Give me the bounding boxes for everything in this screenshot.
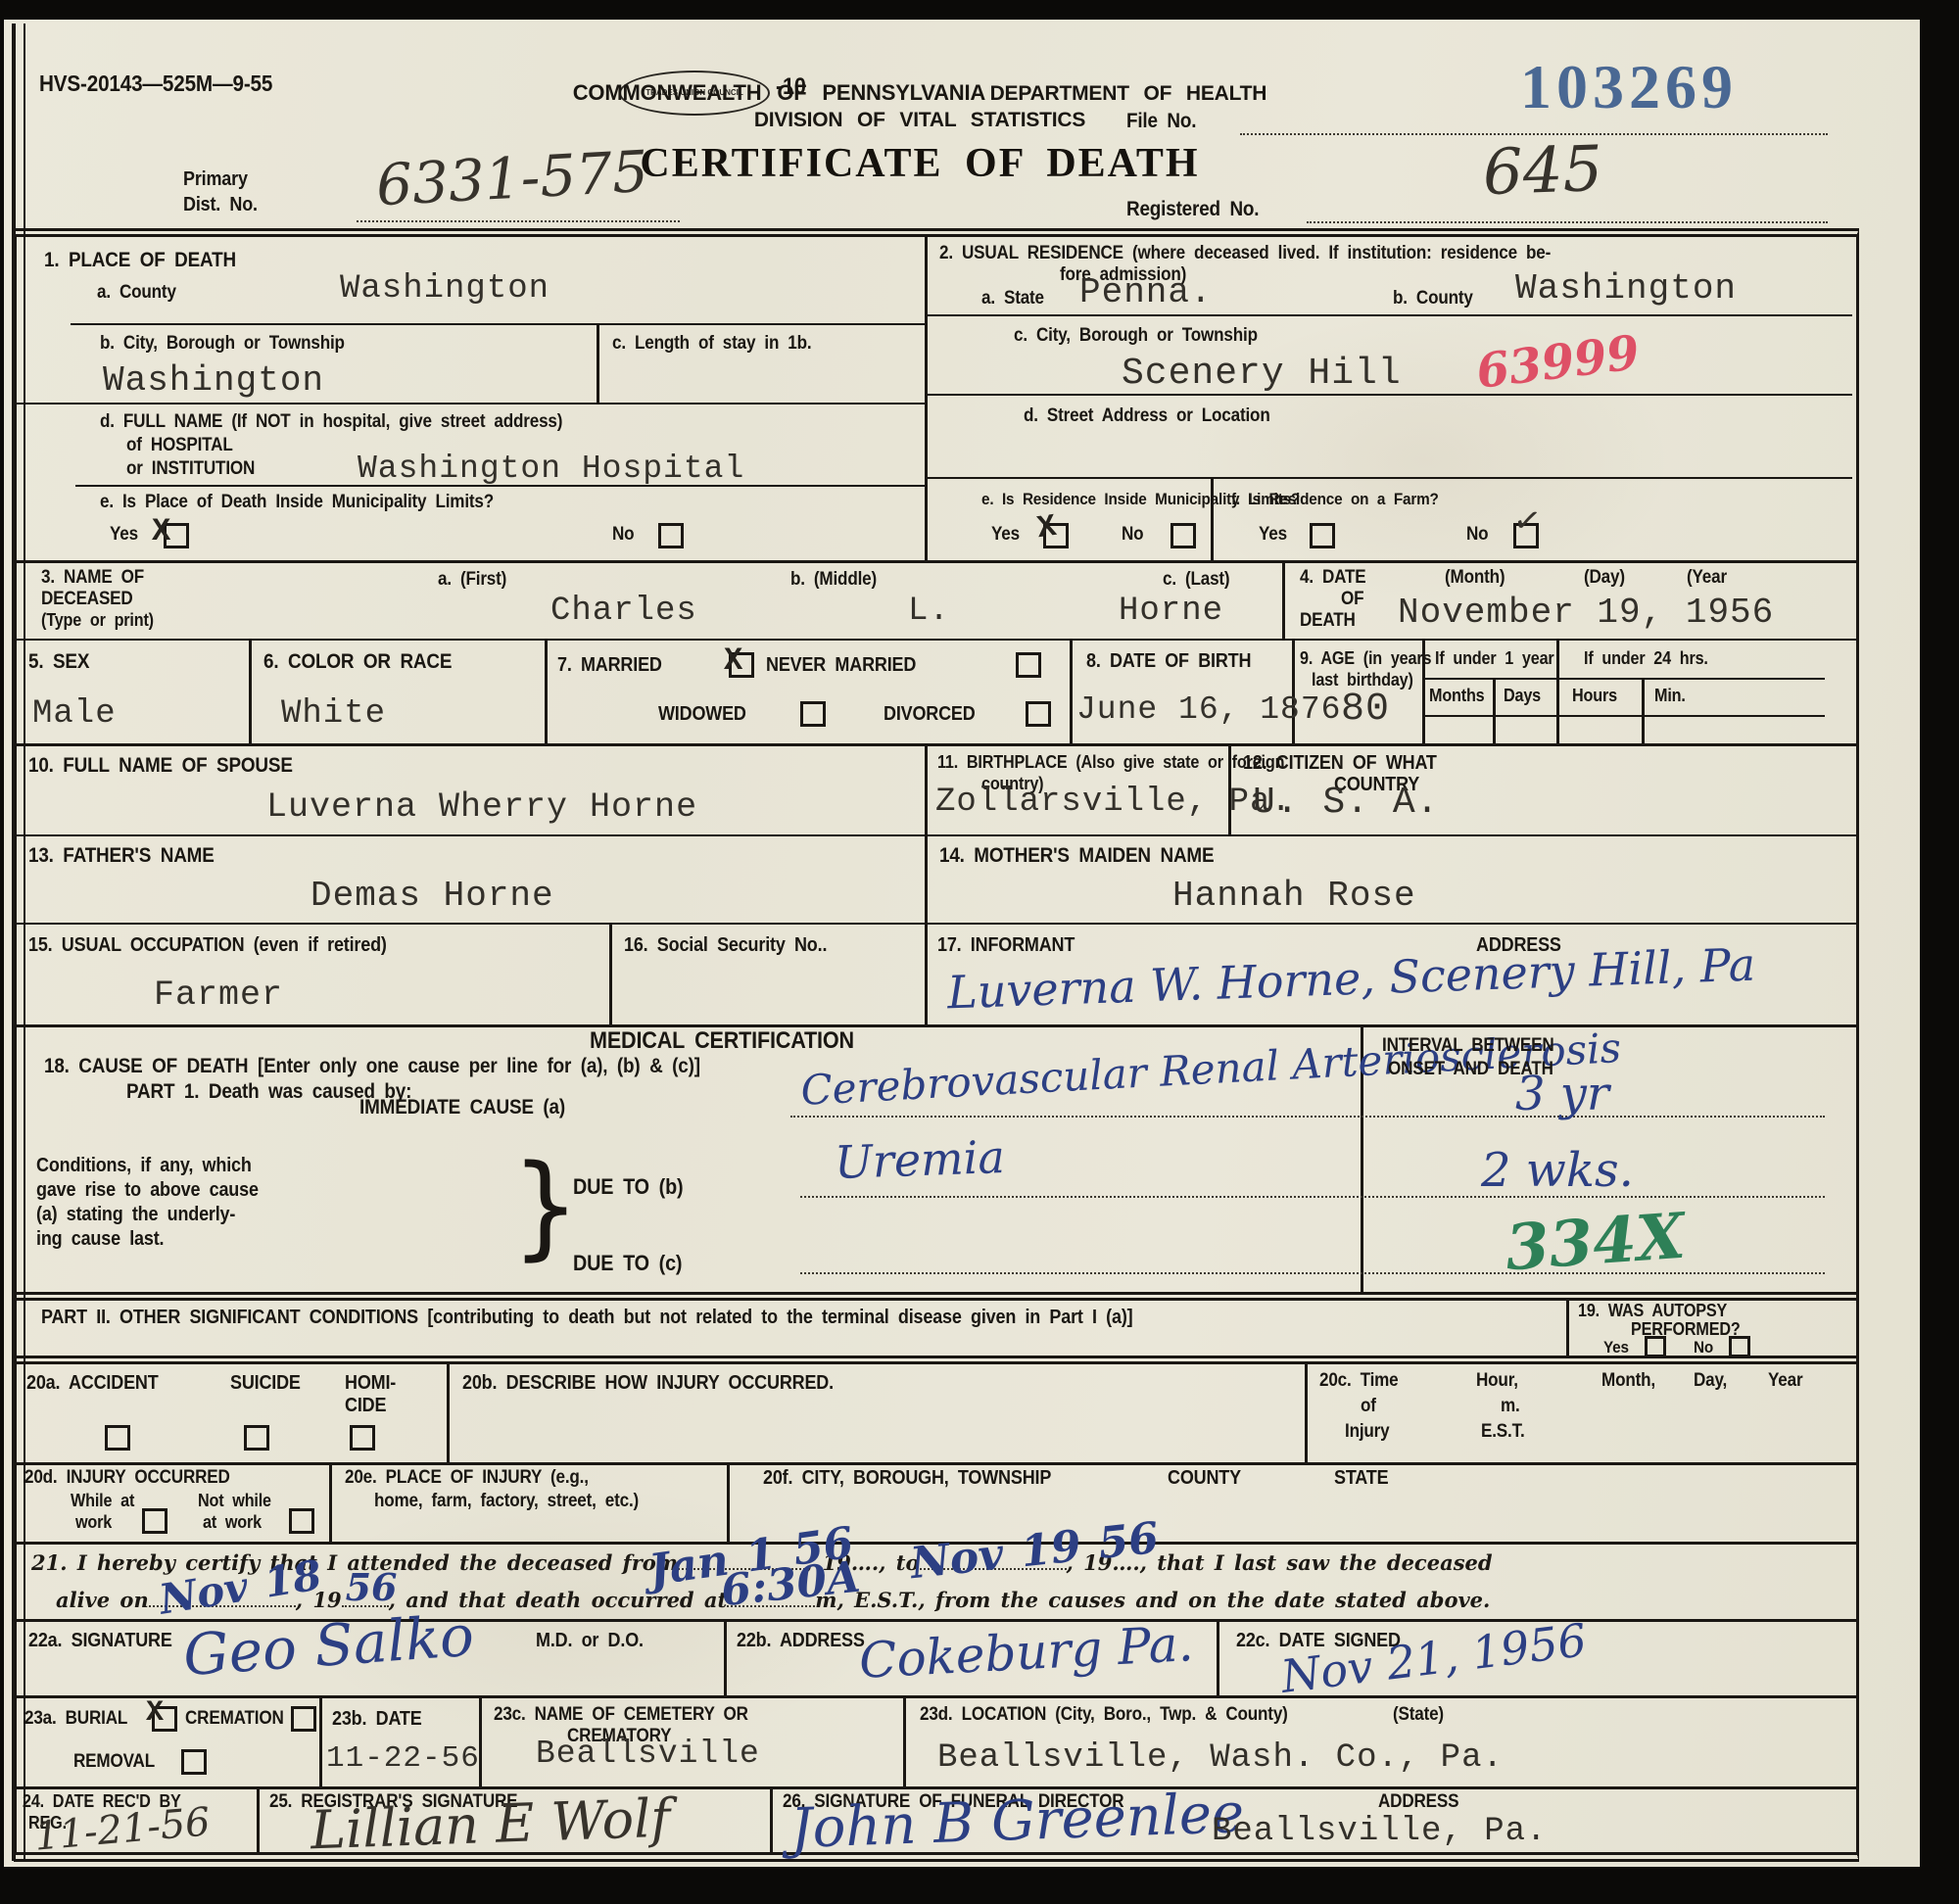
registered-no-line (1307, 221, 1828, 223)
s7-widowed-label: WIDOWED (658, 703, 746, 726)
header-line1: COMMONWEALTH OF PENNSYLVANIA (573, 80, 985, 106)
s2d-label: d. Street Address or Location (1024, 405, 1270, 427)
s1d-label-2: of HOSPITAL (126, 435, 233, 456)
physician-address: Cokeburg Pa. (858, 1615, 1195, 1690)
scanned-death-certificate: HVS-20143—525M—9-55 TRADES UNION COUNCIL… (0, 0, 1959, 1904)
cert-time-blank: 6:30A (727, 1588, 815, 1607)
row-place-and-residence: 1. PLACE OF DEATH a. County Washington b… (17, 237, 1856, 563)
line (925, 477, 1852, 479)
s23d-label-1: 23d. LOCATION (City, Boro., Twp. & Count… (920, 1704, 1288, 1726)
s20a-accident-checkbox (105, 1425, 130, 1451)
divider (1070, 641, 1073, 743)
s12-label-1: 12. CITIZEN OF WHAT (1243, 752, 1437, 775)
certificate-paper: HVS-20143—525M—9-55 TRADES UNION COUNCIL… (4, 20, 1920, 1867)
primary-dist-line (357, 220, 680, 222)
divider (1566, 1301, 1569, 1356)
s1e-yes-mark: X (152, 513, 170, 549)
divider (1642, 678, 1645, 743)
s18-conditions-2: gave rise to above cause (36, 1179, 259, 1202)
s2e-yes: Yes (991, 524, 1020, 546)
line (925, 314, 1852, 316)
s18-conditions-3: (a) stating the underly- (36, 1204, 235, 1226)
s20e-label-1: 20e. PLACE OF INJURY (e.g., (345, 1467, 589, 1489)
s2-heading-1: 2. USUAL RESIDENCE (where deceased lived… (939, 243, 1551, 264)
s1b-value: Washington (103, 360, 324, 401)
s6-value: White (281, 695, 386, 733)
s9-min-label: Min. (1654, 686, 1686, 706)
divider (1556, 641, 1559, 743)
divider (925, 836, 928, 923)
s7-widowed-checkbox (800, 701, 826, 727)
line (1422, 715, 1825, 717)
s20c-month: Month, (1601, 1370, 1655, 1392)
s4-heading-2: OF (1341, 589, 1363, 610)
s16-label: 16. Social Security No.. (624, 934, 827, 957)
s23a-removal-label: REMOVAL (73, 1751, 155, 1773)
s20c-label-1: 20c. Time (1319, 1370, 1399, 1392)
cert-text-4: alive on (56, 1588, 149, 1612)
s19-label-1: 19. WAS AUTOPSY (1578, 1301, 1727, 1321)
s2b-label: b. County (1393, 288, 1473, 309)
s23b-label: 23b. DATE (332, 1708, 422, 1731)
s19-no-checkbox (1729, 1336, 1750, 1357)
s26-address-value: Beallsville, Pa. (1212, 1813, 1547, 1850)
line (75, 485, 925, 487)
s2e-yes-mark: X (1035, 508, 1059, 547)
file-number-stamp: 103269 (1520, 51, 1738, 123)
registered-no-label: Registered No. (1126, 198, 1259, 221)
divider (1282, 563, 1285, 639)
s9-hours-label: Hours (1572, 686, 1617, 706)
certificate-form: 1. PLACE OF DEATH a. County Washington b… (14, 228, 1859, 1862)
s3a-label: a. (First) (438, 569, 506, 591)
cert-alive-blank: Nov 18 (149, 1588, 296, 1607)
s2a-label: a. State (981, 288, 1044, 309)
s2c-label: c. City, Borough or Township (1014, 325, 1258, 347)
divider (447, 1364, 450, 1462)
cert-to-blank: Nov 19 56 (920, 1550, 1067, 1570)
s20c-m: m. (1501, 1396, 1520, 1417)
s20a-homi: HOMI- (345, 1372, 396, 1395)
s3-first-name: Charles (550, 593, 697, 630)
s2f-yes: Yes (1259, 524, 1287, 546)
s15-value: Farmer (154, 976, 283, 1015)
header-line2: DEPARTMENT OF HEALTH (990, 82, 1267, 106)
interval-b-value: 2 wks. (1481, 1143, 1634, 1198)
s17-label: 17. INFORMANT (937, 934, 1075, 957)
s7-never-married-label: NEVER MARRIED (766, 654, 916, 677)
registered-no-value: 645 (1482, 133, 1604, 210)
s1d-value: Washington Hospital (358, 451, 744, 487)
row-cause-of-death: MEDICAL CERTIFICATION 18. CAUSE OF DEATH… (17, 1027, 1856, 1301)
s20c-day: Day, (1694, 1370, 1727, 1392)
s20f-state: STATE (1334, 1467, 1388, 1490)
s2c-value: Scenery Hill (1122, 353, 1402, 395)
divider (319, 1698, 322, 1786)
s2c-red-number: 63999 (1473, 325, 1643, 400)
s8-label: 8. DATE OF BIRTH (1086, 650, 1251, 673)
cert-alive-year-blank: 56 (342, 1588, 389, 1607)
s2f-yes-checkbox (1310, 523, 1335, 548)
cert-text-7: m, E.S.T., from the causes and on the da… (815, 1588, 1490, 1612)
divider (329, 1465, 332, 1542)
row-injury-type: 20a. ACCIDENT SUICIDE HOMI- CIDE 20b. DE… (17, 1364, 1856, 1465)
divider (925, 925, 928, 1024)
s20d-while-2: work (75, 1512, 112, 1533)
s23d-label-2: (State) (1393, 1704, 1444, 1726)
s7-divorced-checkbox (1026, 701, 1051, 727)
s4-year-label: (Year (1687, 567, 1727, 589)
s20a-homicide-checkbox (350, 1425, 375, 1451)
cert-alive-year-value: 56 (346, 1565, 398, 1609)
s23a-cremation-label: CREMATION (185, 1708, 284, 1730)
s18-immediate-cause-label: IMMEDIATE CAUSE (a) (359, 1096, 565, 1119)
s1d-label-3: or INSTITUTION (126, 458, 255, 480)
row-part2-autopsy: PART II. OTHER SIGNIFICANT CONDITIONS [c… (17, 1301, 1856, 1364)
divider (727, 1465, 730, 1542)
s1e-no: No (612, 524, 634, 546)
s6-label: 6. COLOR OR RACE (263, 650, 452, 674)
row-injury-place: 20d. INJURY OCCURRED While at work Not w… (17, 1465, 1856, 1545)
primary-dist-label-1: Primary (183, 168, 248, 191)
s5-value: Male (32, 695, 117, 733)
s15-label: 15. USUAL OCCUPATION (even if retired) (28, 934, 387, 957)
s22a-label: 22a. SIGNATURE (28, 1630, 172, 1652)
divider (609, 925, 612, 1024)
s3-middle-name: L. (908, 593, 950, 630)
s19-yes: Yes (1603, 1338, 1629, 1357)
s12-value: U. S. A. (1253, 782, 1439, 824)
s7-married-label: 7. MARRIED (557, 654, 662, 677)
s20f-label: 20f. CITY, BOROUGH, TOWNSHIP (763, 1467, 1051, 1490)
s14-label: 14. MOTHER'S MAIDEN NAME (939, 844, 1214, 868)
divider (545, 641, 548, 743)
s1c-label: c. Length of stay in 1b. (612, 333, 811, 355)
row-name-and-death-date: 3. NAME OF DECEASED (Type or print) a. (… (17, 563, 1856, 641)
row-certification: 21. I hereby certify that I attended the… (17, 1545, 1856, 1622)
s10-label: 10. FULL NAME OF SPOUSE (28, 754, 293, 778)
s8-value: June 16, 1876 (1076, 691, 1341, 728)
cause-a-line (790, 1116, 1825, 1118)
conditions-brace: } (511, 1140, 580, 1271)
row-registrar: 24. DATE REC'D BY REG. 11-21-56 25. REGI… (17, 1789, 1856, 1852)
s20a-suicide-checkbox (244, 1425, 269, 1451)
s2e-no-checkbox (1171, 523, 1196, 548)
s23a-cremation-checkbox (291, 1706, 316, 1732)
divider (1422, 641, 1425, 743)
s20d-not-1: Not while (198, 1491, 271, 1511)
primary-dist-label-2: Dist. No. (183, 194, 258, 216)
s1-heading: 1. PLACE OF DEATH (44, 249, 236, 272)
s9-label-1: 9. AGE (in years (1300, 648, 1431, 669)
s11-value: Zollarsville, Pa. (935, 784, 1292, 821)
divider (597, 323, 599, 403)
s26-address-label: ADDRESS (1378, 1791, 1458, 1813)
s20c-hour: Hour, (1476, 1370, 1518, 1392)
s3-heading-3: (Type or print) (41, 610, 154, 631)
divider (1493, 678, 1496, 743)
s2f-no: No (1466, 524, 1488, 546)
header-line3: DIVISION OF VITAL STATISTICS (754, 109, 1085, 132)
row-burial: 23a. BURIAL X CREMATION REMOVAL 23b. DAT… (17, 1698, 1856, 1789)
s2f-no-mark: ✓ (1510, 500, 1544, 543)
date-signed-value: Nov 21, 1956 (1278, 1613, 1590, 1703)
registrar-signature: Lillian E Wolf (310, 1787, 671, 1862)
s3-heading-1: 3. NAME OF (41, 567, 144, 589)
s23b-value: 11-22-56 (326, 1741, 480, 1776)
s20d-not-2: at work (203, 1512, 262, 1533)
s3b-label: b. (Middle) (790, 569, 877, 591)
s18-due-c-label: DUE TO (c) (573, 1251, 682, 1276)
s2b-value: Washington (1515, 268, 1737, 309)
s18-conditions-4: ing cause last. (36, 1228, 164, 1251)
statistical-code: 334X (1504, 1200, 1688, 1286)
s9-value: 80 (1341, 688, 1390, 732)
s19-no: No (1694, 1338, 1713, 1357)
s9-months-label: Months (1429, 686, 1485, 706)
s18-heading: 18. CAUSE OF DEATH [Enter only one cause… (44, 1055, 700, 1078)
s4-day-label: (Day) (1584, 567, 1625, 589)
s20e-label-2: home, farm, factory, street, etc.) (374, 1491, 639, 1512)
s20a-cide: CIDE (345, 1395, 386, 1417)
s9-days-label: Days (1504, 686, 1541, 706)
s9-under24-label: If under 24 hrs. (1584, 648, 1708, 669)
row-father-mother: 13. FATHER'S NAME Demas Horne 14. MOTHER… (17, 836, 1856, 925)
s23a-burial-label: 23a. BURIAL (24, 1708, 127, 1730)
s20a-label: 20a. ACCIDENT (26, 1372, 159, 1395)
s20b-label: 20b. DESCRIBE HOW INJURY OCCURRED. (462, 1372, 834, 1395)
s18-conditions-1: Conditions, if any, which (36, 1155, 252, 1177)
s1e-yes: Yes (110, 524, 138, 546)
line (71, 323, 925, 325)
s1a-label: a. County (97, 282, 176, 304)
form-code: HVS-20143—525M—9-55 (39, 71, 272, 97)
s1e-label: e. Is Place of Death Inside Municipality… (100, 492, 494, 513)
s7-married-mark: X (724, 643, 742, 679)
s20a-suicide: SUICIDE (230, 1372, 301, 1395)
row-sex-race-marital-birth-age: 5. SEX Male 6. COLOR OR RACE White 7. MA… (17, 641, 1856, 746)
medical-certification-title: MEDICAL CERTIFICATION (590, 1027, 854, 1055)
s23d-value: Beallsville, Wash. Co., Pa. (937, 1739, 1504, 1777)
s23a-burial-mark: X (146, 1696, 164, 1730)
s20c-year: Year (1768, 1370, 1802, 1392)
file-no-label: File No. (1126, 110, 1196, 133)
s1e-no-checkbox (658, 523, 684, 548)
s1a-value: Washington (340, 270, 549, 308)
s20f-county: COUNTY (1168, 1467, 1241, 1490)
page-title: CERTIFICATE OF DEATH (533, 140, 1307, 187)
line (925, 394, 1852, 396)
s4-heading-1: 4. DATE (1300, 567, 1366, 589)
cert-line-2: alive on Nov 18 , 19 56 , and that death… (56, 1588, 1490, 1612)
s11-label-1: 11. BIRTHPLACE (Also give state or forei… (937, 752, 1284, 773)
divider (925, 746, 928, 834)
s20c-label-3: Injury (1345, 1421, 1389, 1443)
row-occupation-ssn-informant: 15. USUAL OCCUPATION (even if retired) F… (17, 925, 1856, 1027)
divider (903, 1698, 906, 1786)
s3c-label: c. (Last) (1163, 569, 1229, 591)
s13-label: 13. FATHER'S NAME (28, 844, 215, 868)
s1d-label-1: d. FULL NAME (If NOT in hospital, give s… (100, 411, 562, 433)
s2e-no: No (1122, 524, 1143, 546)
s20c-label-2: of (1361, 1396, 1376, 1417)
s22a-md-label: M.D. or D.O. (536, 1630, 644, 1652)
s7-divorced-label: DIVORCED (884, 703, 976, 726)
divider (257, 1789, 260, 1852)
part2-text: PART II. OTHER SIGNIFICANT CONDITIONS [c… (41, 1307, 1132, 1329)
cause-b-line (800, 1196, 1825, 1198)
divider (770, 1789, 773, 1852)
s1b-label: b. City, Borough or Township (100, 333, 345, 355)
s7-never-married-checkbox (1016, 652, 1041, 678)
s9-under1yr-label: If under 1 year (1435, 648, 1554, 669)
s2a-value: Penna. (1079, 272, 1213, 312)
s23c-value: Beallsville (536, 1736, 760, 1772)
interval-a-value: 3 yr (1515, 1067, 1609, 1121)
s13-value: Demas Horne (311, 876, 554, 916)
divider (249, 641, 252, 743)
s18-due-b-label: DUE TO (b) (573, 1174, 683, 1200)
s10-value: Luverna Wherry Horne (266, 787, 697, 827)
s3-heading-2: DECEASED (41, 589, 133, 610)
s2f-label: f. Is Residence on a Farm? (1231, 490, 1439, 509)
row-spouse-birthplace-citizen: 10. FULL NAME OF SPOUSE Luverna Wherry H… (17, 746, 1856, 836)
s20d-not-checkbox (289, 1508, 314, 1534)
s22b-label: 22b. ADDRESS (737, 1630, 865, 1652)
s5-label: 5. SEX (28, 650, 89, 674)
s4-heading-3: DEATH (1300, 610, 1356, 632)
row-physician-signature: 22a. SIGNATURE Geo Salko M.D. or D.O. 22… (17, 1622, 1856, 1698)
s19-yes-checkbox (1645, 1336, 1666, 1357)
s3-last-name: Horne (1119, 593, 1223, 630)
s20d-while-1: While at (71, 1491, 134, 1511)
s20d-label: 20d. INJURY OCCURRED (24, 1467, 230, 1489)
divider (724, 1622, 727, 1695)
s20d-while-checkbox (142, 1508, 167, 1534)
s23a-removal-checkbox (181, 1749, 207, 1775)
s20c-est: E.S.T. (1481, 1421, 1525, 1443)
s4-value: November 19, 1956 (1398, 593, 1774, 633)
cause-b-value: Uremia (834, 1130, 1006, 1189)
divider (1305, 1364, 1308, 1462)
s14-value: Hannah Rose (1172, 876, 1416, 916)
divider (1217, 1622, 1219, 1695)
line (1422, 678, 1825, 680)
interval-label-1: INTERVAL BETWEEN (1382, 1035, 1553, 1057)
divider (925, 237, 928, 560)
s23c-label-1: 23c. NAME OF CEMETERY OR (494, 1704, 748, 1726)
s4-month-label: (Month) (1445, 567, 1505, 589)
line (17, 403, 925, 405)
